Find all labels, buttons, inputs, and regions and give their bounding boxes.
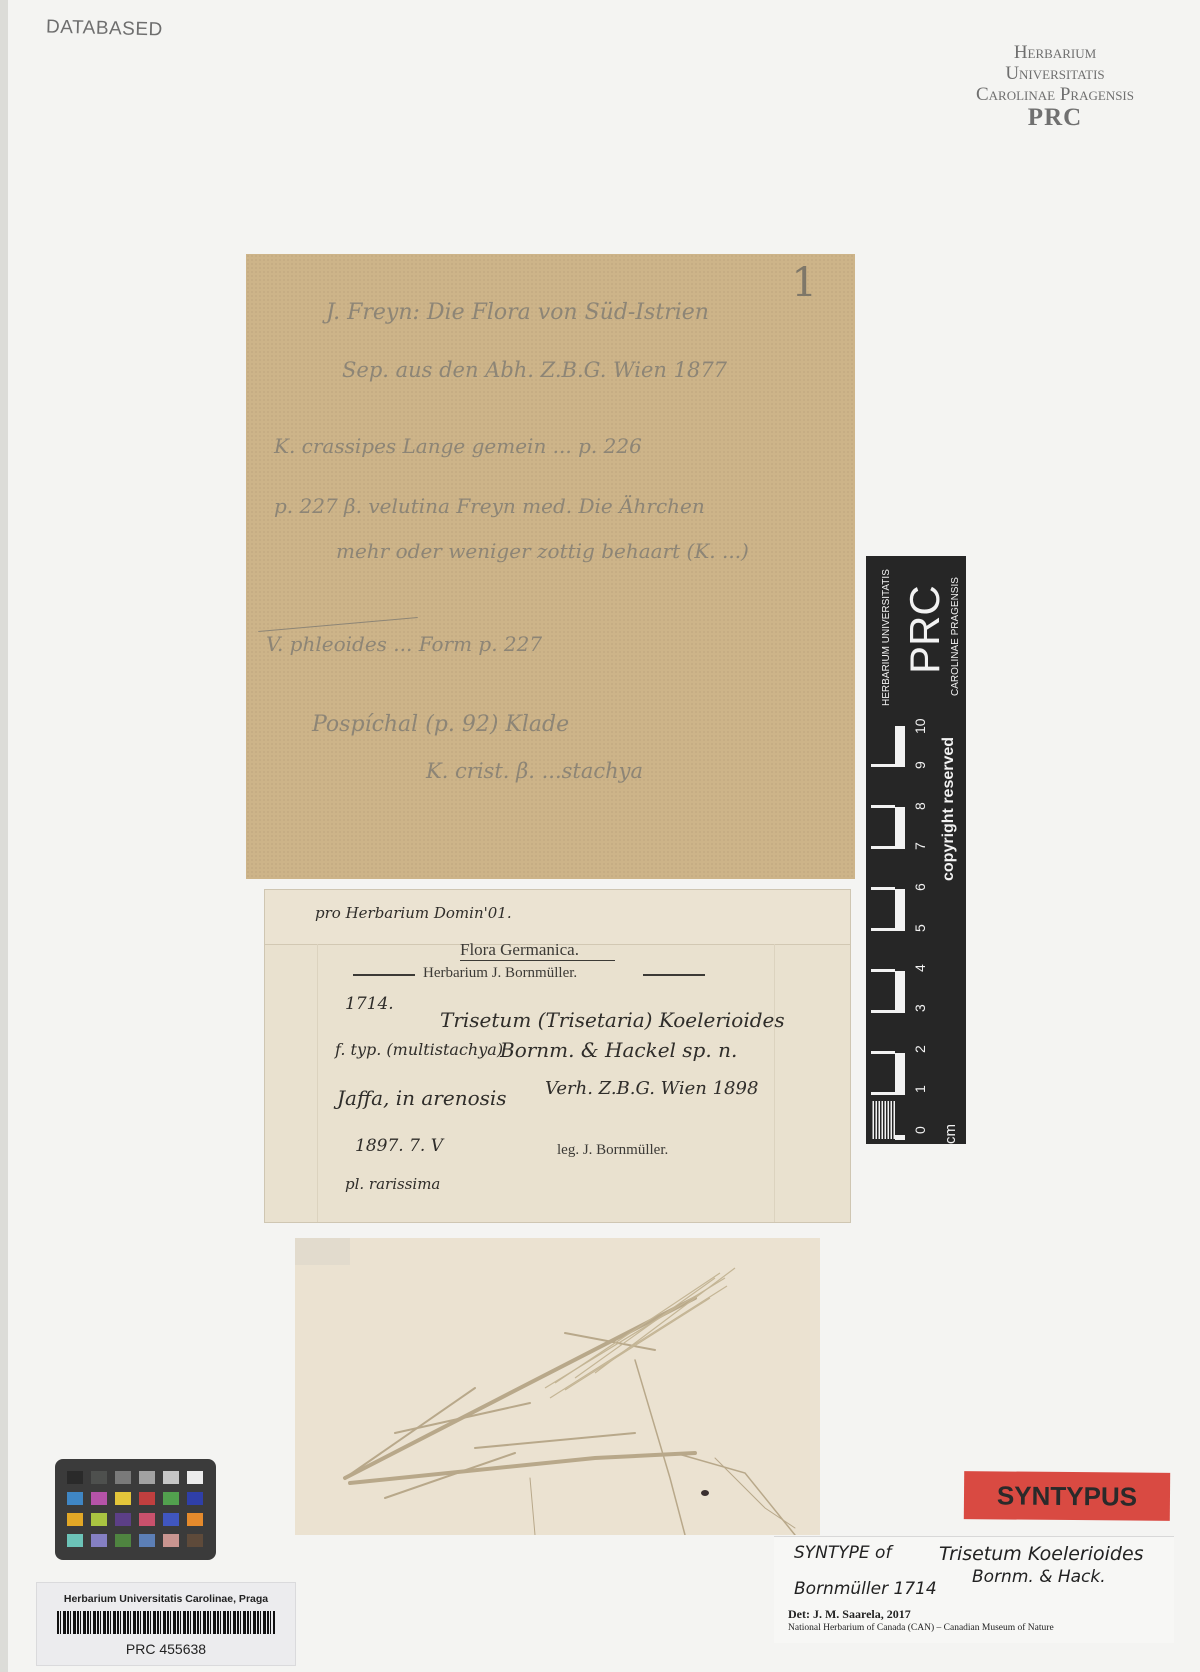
barcode-icon	[57, 1611, 275, 1634]
header-code: PRC	[930, 107, 1180, 128]
color-swatch	[187, 1534, 203, 1547]
specimen-number: 1714.	[345, 994, 394, 1014]
ruler-blocks	[871, 726, 895, 1140]
databased-stamp: DATABASED	[46, 16, 163, 41]
color-swatch	[67, 1471, 83, 1484]
color-swatch	[91, 1492, 107, 1505]
tick-label: 9	[912, 761, 928, 769]
abundance: pl. rarissima	[345, 1175, 440, 1193]
color-swatch	[67, 1534, 83, 1547]
barcode-label: Herbarium Universitatis Carolinae, Praga…	[36, 1582, 296, 1666]
tick-label: 8	[912, 802, 928, 810]
color-swatch	[139, 1471, 155, 1484]
color-swatch	[187, 1492, 203, 1505]
det-line-1a: SYNTYPE of	[794, 1543, 891, 1563]
rule-left	[353, 974, 415, 976]
packet-tab	[295, 1238, 350, 1265]
tick-label: 1	[912, 1085, 928, 1093]
determination-label: SYNTYPE of Trisetum Koelerioides Bornmül…	[774, 1536, 1174, 1643]
color-swatch	[139, 1513, 155, 1526]
pencil-stroke	[258, 617, 417, 632]
det-institution: National Herbarium of Canada (CAN) – Can…	[788, 1623, 1054, 1633]
taxon-variety: f. typ. (multistachya)	[335, 1040, 503, 1059]
color-calibration-chart	[55, 1459, 216, 1560]
copyright-text: copyright reserved	[940, 737, 958, 881]
scale-code: PRC	[901, 585, 949, 674]
title-underline	[460, 960, 615, 961]
header-line-2: Universitatis	[930, 63, 1180, 84]
header-line-1: Herbarium	[930, 42, 1180, 63]
color-swatch	[91, 1471, 107, 1484]
label-title: Flora Germanica.	[460, 940, 579, 960]
scale-org-line-1: HERBARIUM UNIVERSITATIS	[881, 569, 892, 706]
color-swatch	[115, 1534, 131, 1547]
color-swatch	[187, 1471, 203, 1484]
ruler-alt-blocks	[895, 767, 905, 1140]
color-swatch	[115, 1471, 131, 1484]
collection-date: 1897. 7. V	[355, 1136, 443, 1156]
reference: Verh. Z.B.G. Wien 1898	[545, 1078, 758, 1099]
note-line: J. Freyn: Die Flora von Süd-Istrien	[326, 300, 709, 325]
color-swatch	[163, 1471, 179, 1484]
tick-label: 6	[912, 883, 928, 891]
note-line: p. 227 β. velutina Freyn med. Die Ährche…	[274, 494, 705, 518]
note-line: V. phleoides ... Form p. 227	[266, 632, 542, 656]
scale-bar: HERBARIUM UNIVERSITATIS PRC CAROLINAE PR…	[866, 556, 966, 1144]
tick-label: 7	[912, 842, 928, 850]
ruler-mm-ticks	[871, 1101, 895, 1139]
header-line-3: Carolinae Pragensis	[930, 84, 1180, 105]
tick-label: 2	[912, 1045, 928, 1053]
color-swatch	[139, 1492, 155, 1505]
collector: leg. J. Bornmüller.	[557, 1142, 668, 1159]
det-line-2a: Bornmüller 1714	[794, 1579, 937, 1599]
det-taxon: Trisetum Koelerioides	[939, 1543, 1144, 1565]
color-swatch	[67, 1513, 83, 1526]
scale-org-line-2: CAROLINAE PRAGENSIS	[950, 577, 961, 696]
label-fold: pro Herbarium Domin'01.	[265, 890, 850, 945]
herbarium-header: Herbarium Universitatis Carolinae Pragen…	[930, 42, 1180, 128]
top-note: pro Herbarium Domin'01.	[315, 904, 512, 922]
label-herbarium: Herbarium J. Bornmüller.	[423, 965, 577, 982]
color-swatch	[163, 1534, 179, 1547]
note-line: K. crassipes Lange gemein ... p. 226	[274, 434, 642, 458]
color-swatch	[115, 1492, 131, 1505]
color-swatch	[91, 1534, 107, 1547]
color-swatch	[115, 1513, 131, 1526]
plant-specimen-packet	[295, 1238, 820, 1535]
locality: Jaffa, in arenosis	[337, 1086, 507, 1110]
det-by: Det: J. M. Saarela, 2017	[788, 1607, 911, 1622]
tick-label: 5	[912, 924, 928, 932]
tick-label: 0	[912, 1126, 928, 1134]
sheet-edge	[0, 0, 8, 1672]
taxon-line-1: Trisetum (Trisetaria) Koelerioides	[440, 1008, 785, 1032]
color-swatch	[163, 1492, 179, 1505]
scale-unit: cm	[942, 1124, 959, 1144]
tick-label: 4	[912, 964, 928, 972]
note-line: Pospíchal (p. 92) Klade	[312, 712, 569, 737]
color-swatch	[67, 1492, 83, 1505]
color-swatch	[187, 1513, 203, 1526]
color-swatch	[91, 1513, 107, 1526]
herbarium-sheet: DATABASED Herbarium Universitatis Caroli…	[0, 0, 1200, 1672]
type-status-badge: SYNTYPUS	[964, 1471, 1170, 1521]
collection-label: pro Herbarium Domin'01. Flora Germanica.…	[264, 889, 851, 1223]
page-number: 1	[792, 260, 817, 306]
barcode-title: Herbarium Universitatis Carolinae, Praga	[37, 1593, 295, 1605]
det-authors: Bornm. & Hack.	[972, 1567, 1106, 1587]
handwritten-note: 1 J. Freyn: Die Flora von Süd-Istrien Se…	[246, 254, 855, 879]
specimen-id: PRC 455638	[37, 1641, 295, 1657]
tick-label: 3	[912, 1004, 928, 1012]
note-line: Sep. aus den Abh. Z.B.G. Wien 1877	[342, 358, 727, 382]
grass-specimen-icon	[295, 1238, 820, 1535]
note-line: mehr oder weniger zottig behaart (K. ...…	[336, 539, 749, 563]
note-line: K. crist. β. ...stachya	[426, 759, 643, 783]
tick-label: 10	[912, 718, 928, 734]
rule-right	[643, 974, 705, 976]
color-swatch	[163, 1513, 179, 1526]
taxon-authors: Bornm. & Hackel sp. n.	[500, 1038, 737, 1062]
color-swatch	[139, 1534, 155, 1547]
type-status-label: SYNTYPUS	[964, 1471, 1170, 1521]
